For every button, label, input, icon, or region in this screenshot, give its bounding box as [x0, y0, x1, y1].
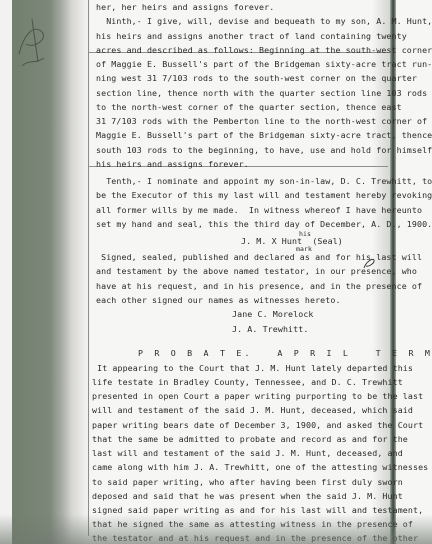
- bottom-scan-shadow: [0, 514, 432, 544]
- text-line: paper writing bears date of December 3, …: [92, 420, 423, 430]
- text-line: Maggie E. Bussell's part of the Bridgema…: [96, 130, 432, 140]
- text-line: have at his request, and in his presence…: [96, 281, 422, 291]
- text-line: Jane C. Morelock: [232, 309, 314, 319]
- text-line: Tenth,- I nominate and appoint my son-in…: [96, 176, 432, 186]
- text-line: section line, thence north with the quar…: [96, 88, 427, 98]
- text-line: his heirs and assigns another tract of l…: [96, 31, 407, 41]
- text-line: all former wills by me made. In witness …: [96, 205, 422, 215]
- text-line: Ninth,- I give, will, devise and bequeat…: [96, 16, 432, 26]
- text-line: life testate in Bradley County, Tennesse…: [92, 377, 403, 387]
- probate-heading: P R O B A T E. A P R I L T E R M, 1 9 0 …: [138, 348, 432, 358]
- left-margin-line: [88, 0, 89, 536]
- text-line: presented in open Court a paper writing …: [92, 391, 423, 401]
- text-line: her, her heirs and assigns forever.: [96, 2, 274, 12]
- text-line: 31 7/103 rods with the Pemberton line to…: [96, 116, 427, 126]
- text-line: to said paper writing, who after having …: [92, 477, 403, 487]
- text-line: J. A. Trewhitt.: [232, 324, 308, 334]
- text-line: acres and described as follows: Beginnin…: [96, 45, 432, 55]
- text-line: south 103 rods to the beginning, to have…: [96, 145, 432, 155]
- scanned-document-page: her, her heirs and assigns forever. Nint…: [0, 0, 432, 544]
- text-line: will and testament of the said J. M. Hun…: [92, 405, 413, 415]
- text-line: to the north-west corner of the quarter …: [96, 102, 402, 112]
- page-left-edge: [0, 0, 12, 544]
- text-line: deposed and said that he was present whe…: [92, 491, 403, 501]
- text-line: set my hand and seal, this the third day…: [96, 219, 432, 229]
- text-line: came along with him J. A. Trewhitt, one …: [92, 462, 428, 472]
- text-line: his heirs and assigns forever.: [96, 159, 249, 169]
- margin-handwriting: [14, 14, 54, 74]
- text-line: It appearing to the Court that J. M. Hun…: [92, 363, 413, 373]
- text-line: that the same be admitted to probate and…: [92, 434, 408, 444]
- margin-mark: [362, 256, 376, 270]
- binding-strip: [0, 0, 92, 544]
- text-line: J. M. X Hunt (Seal): [241, 236, 343, 246]
- text-line: last will and testament of the said J. M…: [92, 448, 403, 458]
- text-line: each other signed our names as witnesses…: [96, 295, 341, 305]
- text-line: be the Executor of this my last will and…: [96, 190, 432, 200]
- text-line: of Maggie E. Bussell's part of the Bridg…: [96, 59, 432, 69]
- text-line: ning west 31 7/103 rods to the south-wes…: [96, 73, 417, 83]
